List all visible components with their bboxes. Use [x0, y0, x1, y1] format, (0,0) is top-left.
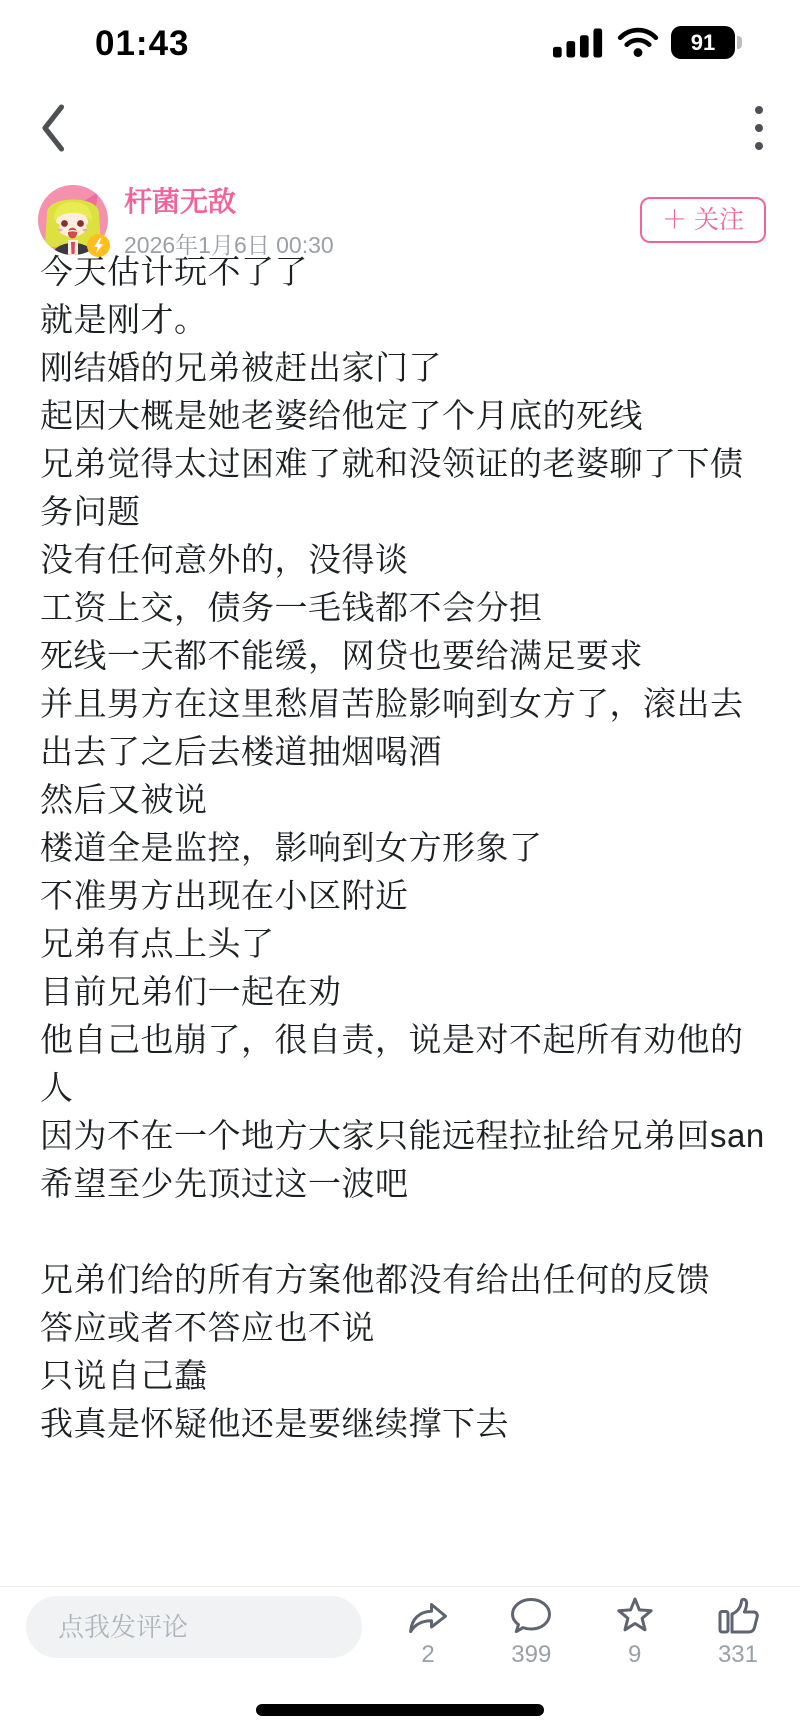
like-button[interactable]: 331 — [714, 1592, 762, 1669]
more-options-button[interactable] — [754, 104, 764, 152]
post-line: 只说自己蠢 — [40, 1352, 774, 1400]
comment-button[interactable]: 399 — [507, 1592, 555, 1669]
post-line: 我真是怀疑他还是要继续撑下去 — [40, 1400, 774, 1448]
battery-percent: 91 — [671, 26, 735, 59]
post-line: 目前兄弟们一起在劝 — [40, 968, 774, 1016]
post-line: 答应或者不答应也不说 — [40, 1304, 774, 1352]
post-line: 出去了之后去楼道抽烟喝酒 — [40, 728, 774, 776]
post-line: 兄弟有点上头了 — [40, 920, 774, 968]
battery-icon: 91 — [671, 26, 742, 59]
post-line: 就是刚才。 — [40, 296, 774, 344]
post-line: 兄弟们给的所有方案他都没有给出任何的反馈 — [40, 1256, 774, 1304]
post-line: 然后又被说 — [40, 776, 774, 824]
post-line: 希望至少先顶过这一波吧 — [40, 1160, 774, 1208]
star-icon — [611, 1592, 659, 1640]
post-body: 今天估计玩不了了 就是刚才。 刚结婚的兄弟被赶出家门了 起因大概是她老婆给他定了… — [40, 248, 774, 1448]
nav-bar — [0, 92, 800, 164]
post-line — [40, 1208, 774, 1256]
author-name[interactable]: 杆菌无敌 — [124, 180, 334, 220]
post-line: 今天估计玩不了了 — [40, 248, 774, 296]
favorite-count: 9 — [628, 1641, 641, 1669]
post-line: 不准男方出现在小区附近 — [40, 872, 774, 920]
comment-count: 399 — [511, 1641, 551, 1669]
share-icon — [404, 1592, 452, 1640]
clock: 01:43 — [95, 24, 190, 64]
wifi-icon — [617, 27, 659, 58]
comment-icon — [507, 1592, 555, 1640]
post-line: 没有任何意外的，没得谈 — [40, 536, 774, 584]
back-chevron-icon — [36, 102, 72, 154]
post-line: 工资上交，债务一毛钱都不会分担 — [40, 584, 774, 632]
post-line: 并且男方在这里愁眉苦脸影响到女方了，滚出去 — [40, 680, 774, 728]
thumbs-up-icon — [714, 1592, 762, 1640]
status-bar: 01:43 91 — [0, 0, 800, 64]
post-line: 他自己也崩了，很自责，说是对不起所有劝他的人 — [40, 1016, 774, 1112]
share-count: 2 — [421, 1641, 434, 1669]
signal-icon — [553, 28, 605, 58]
action-buttons: 2 399 9 — [362, 1592, 770, 1669]
like-count: 331 — [718, 1641, 758, 1669]
post-line: 死线一天都不能缓，网贷也要给满足要求 — [40, 632, 774, 680]
post-line: 因为不在一个地方大家只能远程拉扯给兄弟回san — [40, 1112, 774, 1160]
post-line: 刚结婚的兄弟被赶出家门了 — [40, 344, 774, 392]
share-button[interactable]: 2 — [404, 1592, 452, 1669]
post-line: 兄弟觉得太过困难了就和没领证的老婆聊了下债务问题 — [40, 440, 774, 536]
post-line: 楼道全是监控，影响到女方形象了 — [40, 824, 774, 872]
home-indicator[interactable] — [256, 1704, 544, 1716]
avatar[interactable] — [38, 185, 108, 255]
comment-input[interactable] — [26, 1596, 362, 1658]
kebab-menu-icon — [754, 104, 764, 152]
post-line: 起因大概是她老婆给他定了个月底的死线 — [40, 392, 774, 440]
back-button[interactable] — [36, 102, 72, 154]
follow-button[interactable]: ＋ 关注 — [640, 197, 766, 243]
favorite-button[interactable]: 9 — [611, 1592, 659, 1669]
